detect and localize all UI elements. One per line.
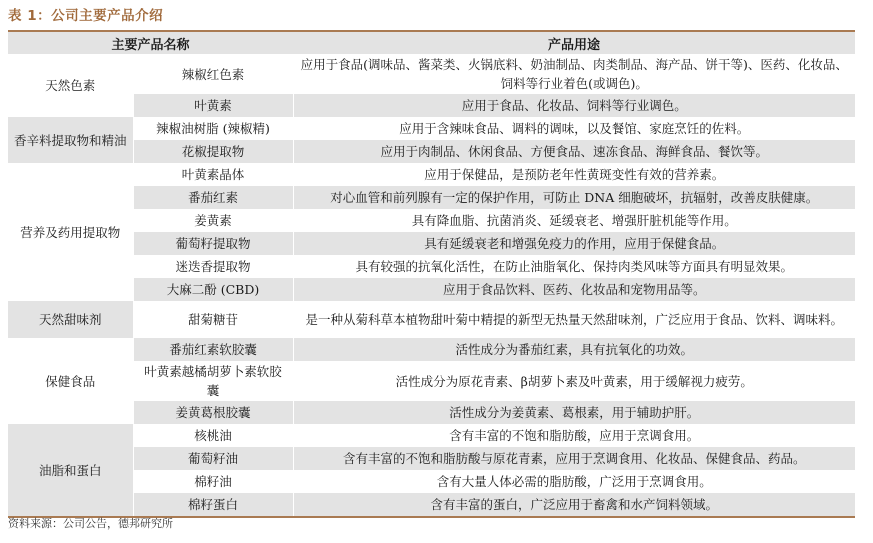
product-cell: 迷迭香提取物 xyxy=(133,255,293,278)
table-row: 营养及药用提取物 叶黄素晶体 应用于保健品，是预防老年性黄斑变性有效的营养素。 xyxy=(8,163,855,186)
table-header-row: 主要产品名称 产品用途 xyxy=(8,31,855,54)
header-product-use: 产品用途 xyxy=(293,31,855,54)
use-cell: 应用于食品、化妆品、饲料等行业调色。 xyxy=(293,94,855,117)
table-row: 棉籽油 含有大量人体必需的脂肪酸，广泛用于烹调食用。 xyxy=(8,470,855,493)
product-cell: 核桃油 xyxy=(133,424,293,447)
category-cell: 天然甜味剂 xyxy=(8,301,133,338)
category-cell: 油脂和蛋白 xyxy=(8,424,133,517)
product-cell: 辣椒油树脂 (辣椒精) xyxy=(133,117,293,140)
table-row: 花椒提取物 应用于肉制品、休闲食品、方便食品、速冻食品、海鲜食品、餐饮等。 xyxy=(8,140,855,163)
header-product-name: 主要产品名称 xyxy=(8,31,293,54)
use-cell: 含有大量人体必需的脂肪酸，广泛用于烹调食用。 xyxy=(293,470,855,493)
product-cell: 叶黄素 xyxy=(133,94,293,117)
product-cell: 大麻二酚 (CBD) xyxy=(133,278,293,301)
product-cell: 葡萄籽提取物 xyxy=(133,232,293,255)
use-cell: 含有丰富的不饱和脂肪酸，应用于烹调食用。 xyxy=(293,424,855,447)
source-note: 资料来源：公司公告，德邦研究所 xyxy=(8,515,173,531)
product-cell: 番茄红素软胶囊 xyxy=(133,338,293,361)
product-cell: 叶黄素晶体 xyxy=(133,163,293,186)
use-cell: 应用于含辣味食品、调料的调味，以及餐馆、家庭烹饪的佐料。 xyxy=(293,117,855,140)
use-cell: 具有降血脂、抗菌消炎、延缓衰老、增强肝脏机能等作用。 xyxy=(293,209,855,232)
table-row: 大麻二酚 (CBD) 应用于食品饮料、医药、化妆品和宠物用品等。 xyxy=(8,278,855,301)
use-cell: 应用于肉制品、休闲食品、方便食品、速冻食品、海鲜食品、餐饮等。 xyxy=(293,140,855,163)
product-cell: 棉籽蛋白 xyxy=(133,493,293,517)
product-cell: 葡萄籽油 xyxy=(133,447,293,470)
table-row: 保健食品 番茄红素软胶囊 活性成分为番茄红素，具有抗氧化的功效。 xyxy=(8,338,855,361)
product-cell: 花椒提取物 xyxy=(133,140,293,163)
table-row: 天然甜味剂 甜菊糖苷 是一种从菊科草本植物甜叶菊中精提的新型无热量天然甜味剂，广… xyxy=(8,301,855,338)
table-row: 叶黄素 应用于食品、化妆品、饲料等行业调色。 xyxy=(8,94,855,117)
table-title: 表 1：公司主要产品介绍 xyxy=(8,4,163,24)
use-cell: 活性成分为原花青素、β胡萝卜素及叶黄素，用于缓解视力疲劳。 xyxy=(293,361,855,401)
product-cell: 辣椒红色素 xyxy=(133,54,293,94)
use-cell: 含有丰富的不饱和脂肪酸与原花青素，应用于烹调食用、化妆品、保健食品、药品。 xyxy=(293,447,855,470)
use-cell: 对心血管和前列腺有一定的保护作用，可防止 DNA 细胞破坏，抗辐射，改善皮肤健康… xyxy=(293,186,855,209)
use-cell: 应用于保健品，是预防老年性黄斑变性有效的营养素。 xyxy=(293,163,855,186)
category-cell: 香辛料提取物和精油 xyxy=(8,117,133,163)
category-cell: 营养及药用提取物 xyxy=(8,163,133,301)
table-row: 棉籽蛋白 含有丰富的蛋白，广泛应用于畜禽和水产饲料领域。 xyxy=(8,493,855,517)
category-cell: 天然色素 xyxy=(8,54,133,117)
product-cell: 棉籽油 xyxy=(133,470,293,493)
use-cell: 具有延缓衰老和增强免疫力的作用，应用于保健食品。 xyxy=(293,232,855,255)
use-cell: 应用于食品(调味品、酱菜类、火锅底料、奶油制品、肉类制品、海产品、饼干等)、医药… xyxy=(293,54,855,94)
table-row: 香辛料提取物和精油 辣椒油树脂 (辣椒精) 应用于含辣味食品、调料的调味，以及餐… xyxy=(8,117,855,140)
table-row: 姜黄葛根胶囊 活性成分为姜黄素、葛根素，用于辅助护肝。 xyxy=(8,401,855,424)
use-cell: 活性成分为姜黄素、葛根素，用于辅助护肝。 xyxy=(293,401,855,424)
table-row: 叶黄素越橘胡萝卜素软胶囊 活性成分为原花青素、β胡萝卜素及叶黄素，用于缓解视力疲… xyxy=(8,361,855,401)
product-cell: 姜黄素 xyxy=(133,209,293,232)
table-row: 迷迭香提取物 具有较强的抗氧化活性，在防止油脂氧化、保持肉类风味等方面具有明显效… xyxy=(8,255,855,278)
use-cell: 应用于食品饮料、医药、化妆品和宠物用品等。 xyxy=(293,278,855,301)
product-cell: 番茄红素 xyxy=(133,186,293,209)
use-cell: 是一种从菊科草本植物甜叶菊中精提的新型无热量天然甜味剂，广泛应用于食品、饮料、调… xyxy=(293,301,855,338)
category-cell: 保健食品 xyxy=(8,338,133,424)
table-row: 姜黄素 具有降血脂、抗菌消炎、延缓衰老、增强肝脏机能等作用。 xyxy=(8,209,855,232)
product-cell: 姜黄葛根胶囊 xyxy=(133,401,293,424)
product-cell: 叶黄素越橘胡萝卜素软胶囊 xyxy=(133,361,293,401)
product-table: 主要产品名称 产品用途 天然色素 辣椒红色素 应用于食品(调味品、酱菜类、火锅底… xyxy=(8,30,855,518)
use-cell: 活性成分为番茄红素，具有抗氧化的功效。 xyxy=(293,338,855,361)
table-row: 葡萄籽提取物 具有延缓衰老和增强免疫力的作用，应用于保健食品。 xyxy=(8,232,855,255)
use-cell: 具有较强的抗氧化活性，在防止油脂氧化、保持肉类风味等方面具有明显效果。 xyxy=(293,255,855,278)
table-row: 天然色素 辣椒红色素 应用于食品(调味品、酱菜类、火锅底料、奶油制品、肉类制品、… xyxy=(8,54,855,94)
table-row: 番茄红素 对心血管和前列腺有一定的保护作用，可防止 DNA 细胞破坏，抗辐射，改… xyxy=(8,186,855,209)
table-row: 油脂和蛋白 核桃油 含有丰富的不饱和脂肪酸，应用于烹调食用。 xyxy=(8,424,855,447)
table-row: 葡萄籽油 含有丰富的不饱和脂肪酸与原花青素，应用于烹调食用、化妆品、保健食品、药… xyxy=(8,447,855,470)
use-cell: 含有丰富的蛋白，广泛应用于畜禽和水产饲料领域。 xyxy=(293,493,855,517)
product-cell: 甜菊糖苷 xyxy=(133,301,293,338)
